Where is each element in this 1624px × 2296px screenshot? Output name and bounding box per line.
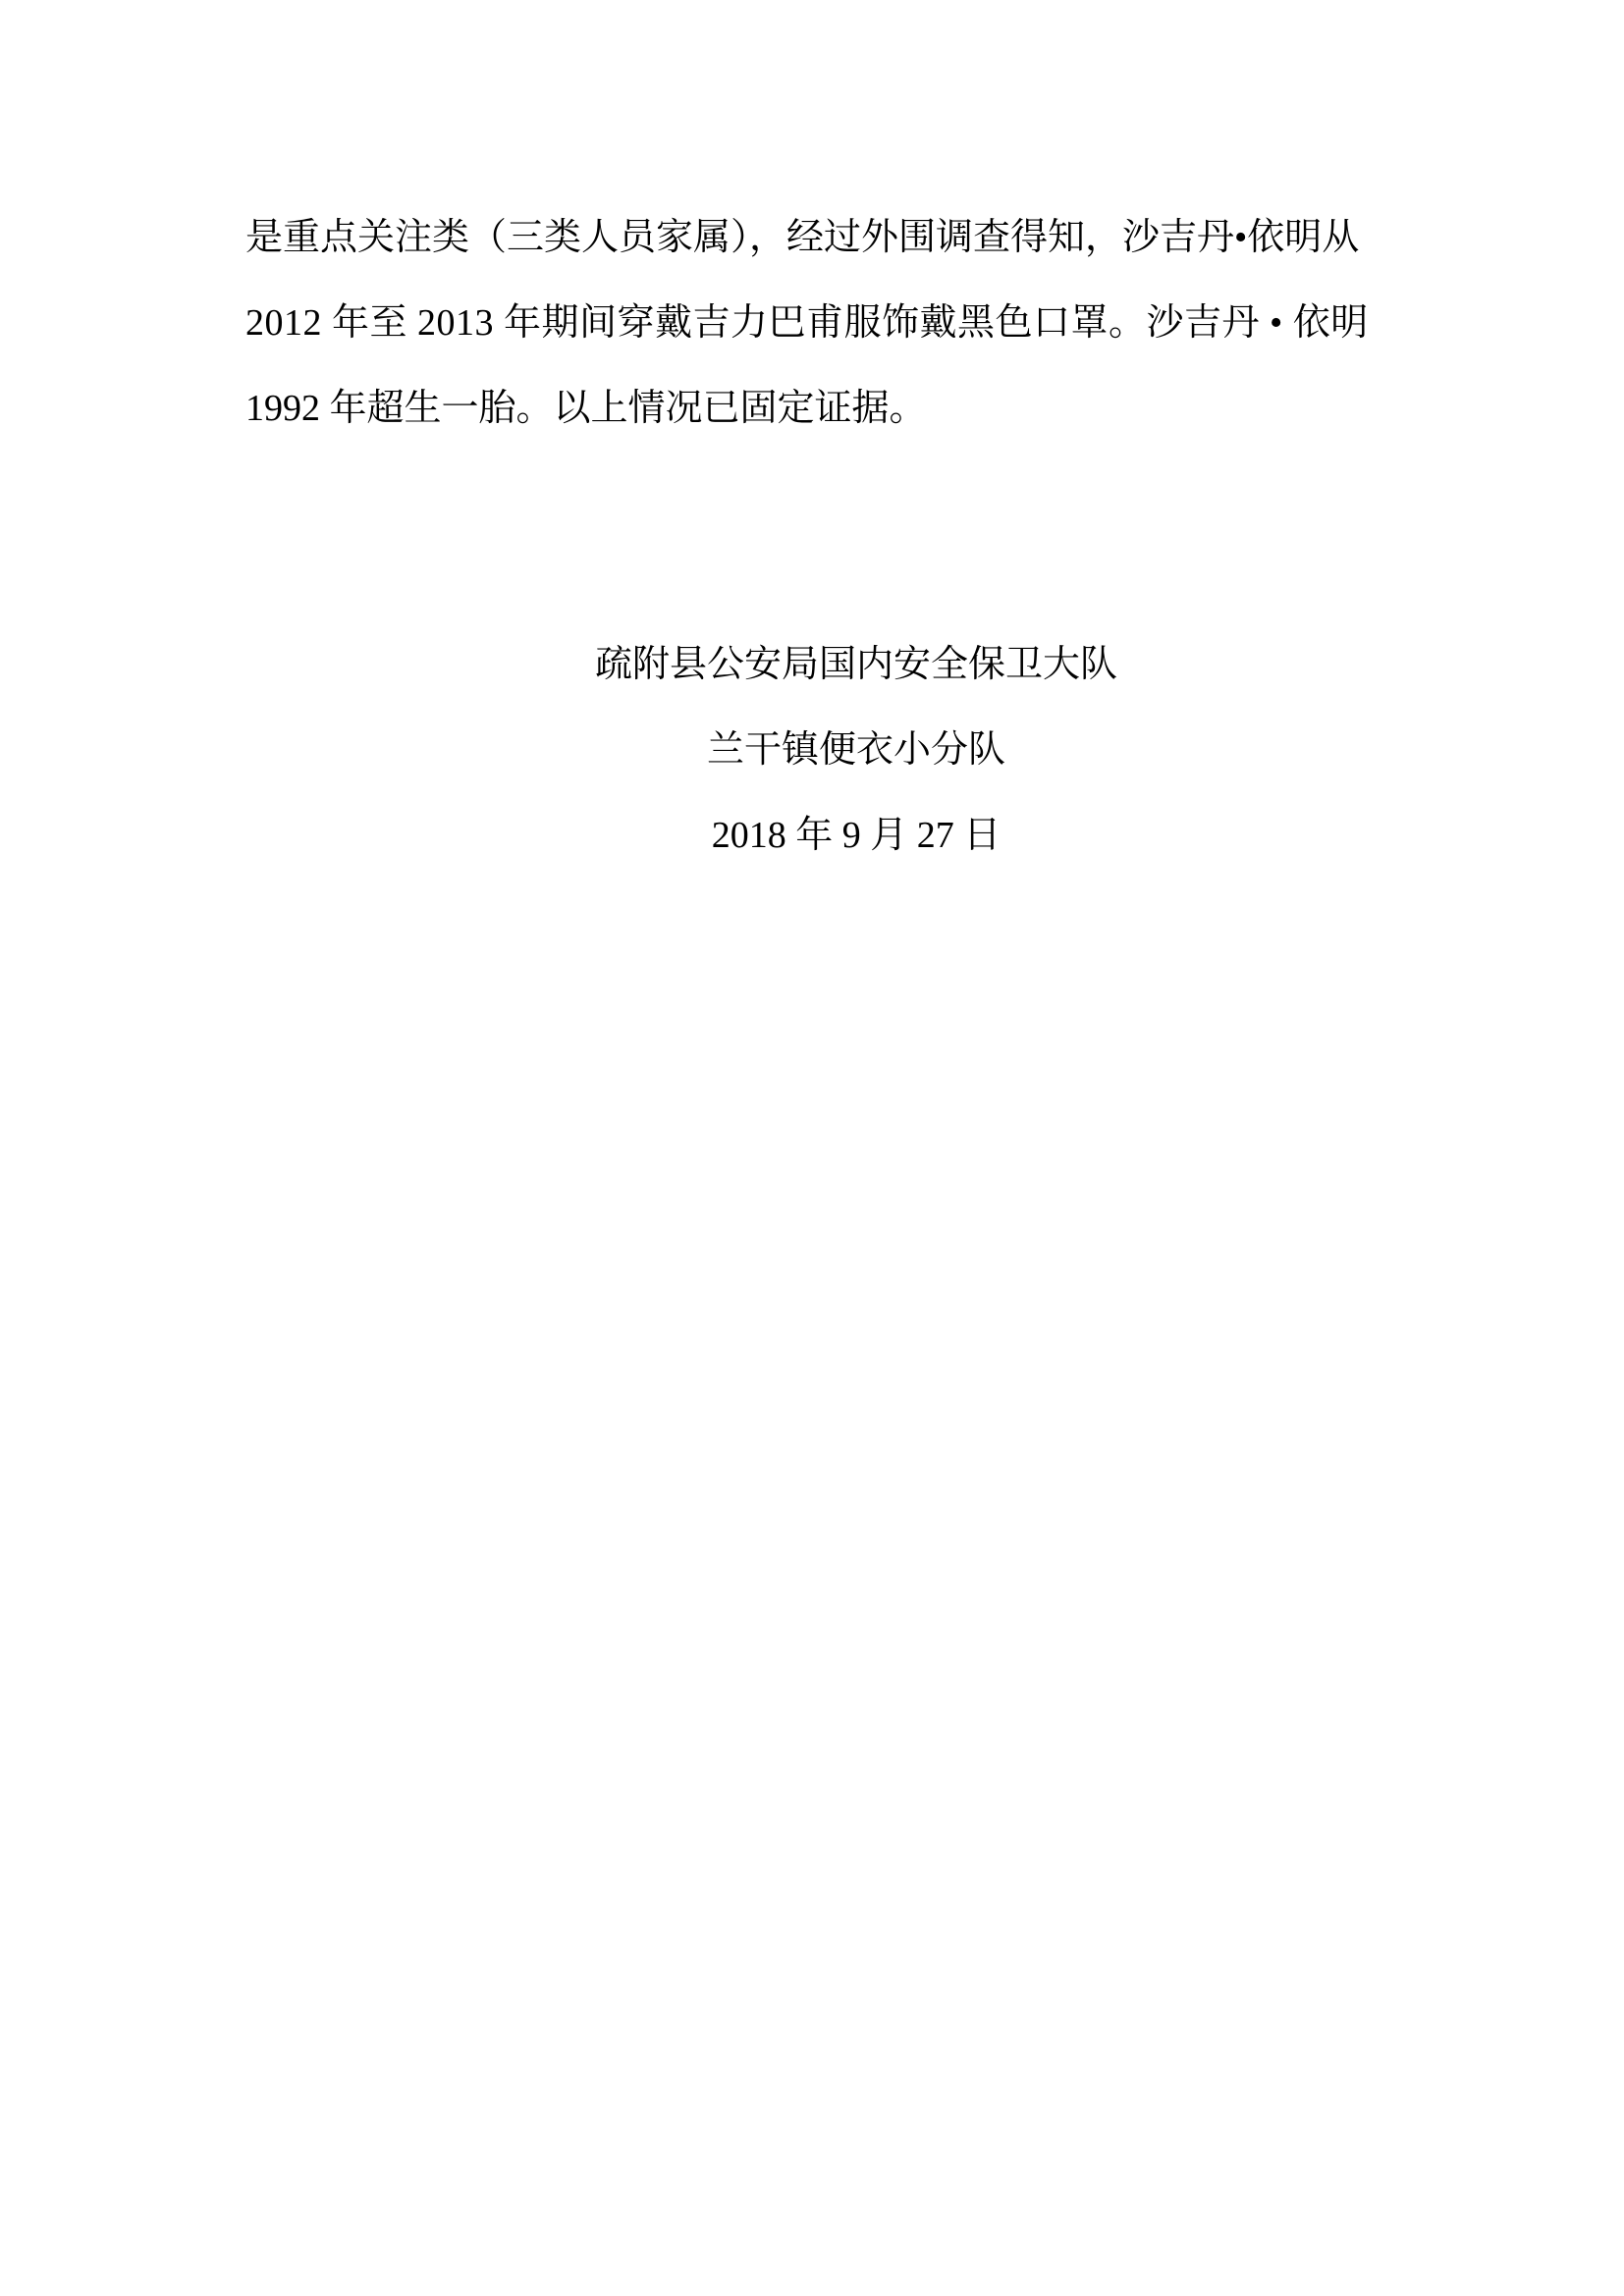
signature-team-name: 兰干镇便衣小分队 [290, 708, 1423, 793]
signature-block: 疏附县公安局国内安全保卫大队 兰干镇便衣小分队 2018 年 9 月 27 日 [290, 622, 1423, 879]
paragraph-line-1: 是重点关注类（三类人员家属），经过外围调查得知，沙吉丹•依明从 [245, 195, 1382, 281]
paragraph-line-3: 1992 年超生一胎。以上情况已固定证据。 [245, 366, 1382, 452]
document-page: 是重点关注类（三类人员家属），经过外围调查得知，沙吉丹•依明从 2012 年至 … [0, 0, 1624, 2296]
signature-date: 2018 年 9 月 27 日 [290, 793, 1423, 879]
signature-unit-name: 疏附县公安局国内安全保卫大队 [290, 622, 1423, 708]
body-paragraph: 是重点关注类（三类人员家属），经过外围调查得知，沙吉丹•依明从 2012 年至 … [245, 195, 1382, 452]
paragraph-line-2: 2012 年至 2013 年期间穿戴吉力巴甫服饰戴黑色口罩。沙吉丹 • 依明 [245, 281, 1382, 366]
